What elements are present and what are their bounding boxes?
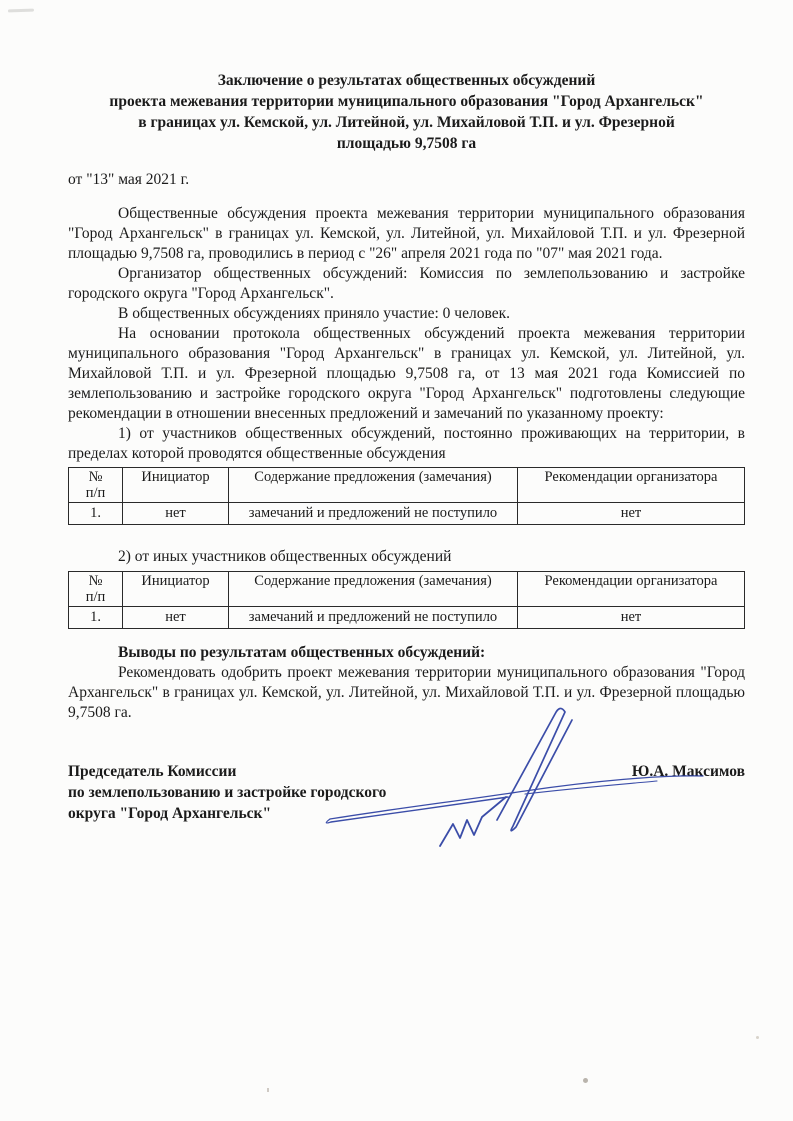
cell-recommendation: нет [518,503,745,525]
scan-artifact-dot [583,1078,588,1083]
cell-initiator: нет [123,503,229,525]
paragraph-organizer: Организатор общественных обсуждений: Ком… [68,264,745,304]
conclusions-text: Рекомендовать одобрить проект межевания … [68,663,745,723]
paragraph-participants-count: В общественных обсуждениях приняло участ… [68,304,745,324]
scan-artifact-speck [267,1088,269,1092]
paragraph-protocol-basis: На основании протокола общественных обсу… [68,324,745,424]
cell-number: 1. [69,503,123,525]
document-date: от "13" мая 2021 г. [68,170,745,190]
conclusions-heading: Выводы по результатам общественных обсуж… [68,643,745,663]
signature-block: Председатель Комиссии по землепользовани… [68,761,745,824]
list-item-2: 2) от иных участников общественных обсуж… [68,547,745,567]
column-header-initiator: Инициатор [123,468,229,503]
recommendations-table-2: № п/п Инициатор Содержание предложения (… [68,571,745,629]
recommendations-table-1: № п/п Инициатор Содержание предложения (… [68,467,745,525]
position-line: Председатель Комиссии [68,761,386,782]
column-header-organizer-recommendations: Рекомендации организатора [518,468,745,503]
signatory-name: Ю.А. Максимов [632,761,745,782]
scanned-document-page: Заключение о результатах общественных об… [0,0,793,1121]
signatory-position: Председатель Комиссии по землепользовани… [68,761,386,824]
list-item-1: 1) от участников общественных обсуждений… [68,424,745,464]
table-row: 1. нет замечаний и предложений не поступ… [69,503,745,525]
position-line: округа "Город Архангельск" [68,803,386,824]
cell-number: 1. [69,607,123,629]
document-title: Заключение о результатах общественных об… [68,70,745,154]
table-row: 1. нет замечаний и предложений не поступ… [69,607,745,629]
cell-recommendation: нет [518,607,745,629]
document-content: Заключение о результатах общественных об… [68,70,745,824]
paragraph-discussion-period: Общественные обсуждения проекта межевани… [68,204,745,264]
column-header-proposal-content: Содержание предложения (замечания) [229,572,518,607]
column-header-proposal-content: Содержание предложения (замечания) [229,468,518,503]
title-line: Заключение о результатах общественных об… [68,70,745,91]
scan-artifact-smudge [8,9,34,13]
table-header-row: № п/п Инициатор Содержание предложения (… [69,572,745,607]
title-line: проекта межевания территории муниципальн… [68,91,745,112]
scan-artifact-speck [756,1036,759,1039]
column-header-initiator: Инициатор [123,572,229,607]
title-line: в границах ул. Кемской, ул. Литейной, ул… [68,112,745,133]
cell-initiator: нет [123,607,229,629]
column-header-organizer-recommendations: Рекомендации организатора [518,572,745,607]
column-header-number: № п/п [69,468,123,503]
cell-proposal-content: замечаний и предложений не поступило [229,503,518,525]
column-header-number: № п/п [69,572,123,607]
position-line: по землепользованию и застройке городско… [68,782,386,803]
title-line: площадью 9,7508 га [68,133,745,154]
table-header-row: № п/п Инициатор Содержание предложения (… [69,468,745,503]
cell-proposal-content: замечаний и предложений не поступило [229,607,518,629]
